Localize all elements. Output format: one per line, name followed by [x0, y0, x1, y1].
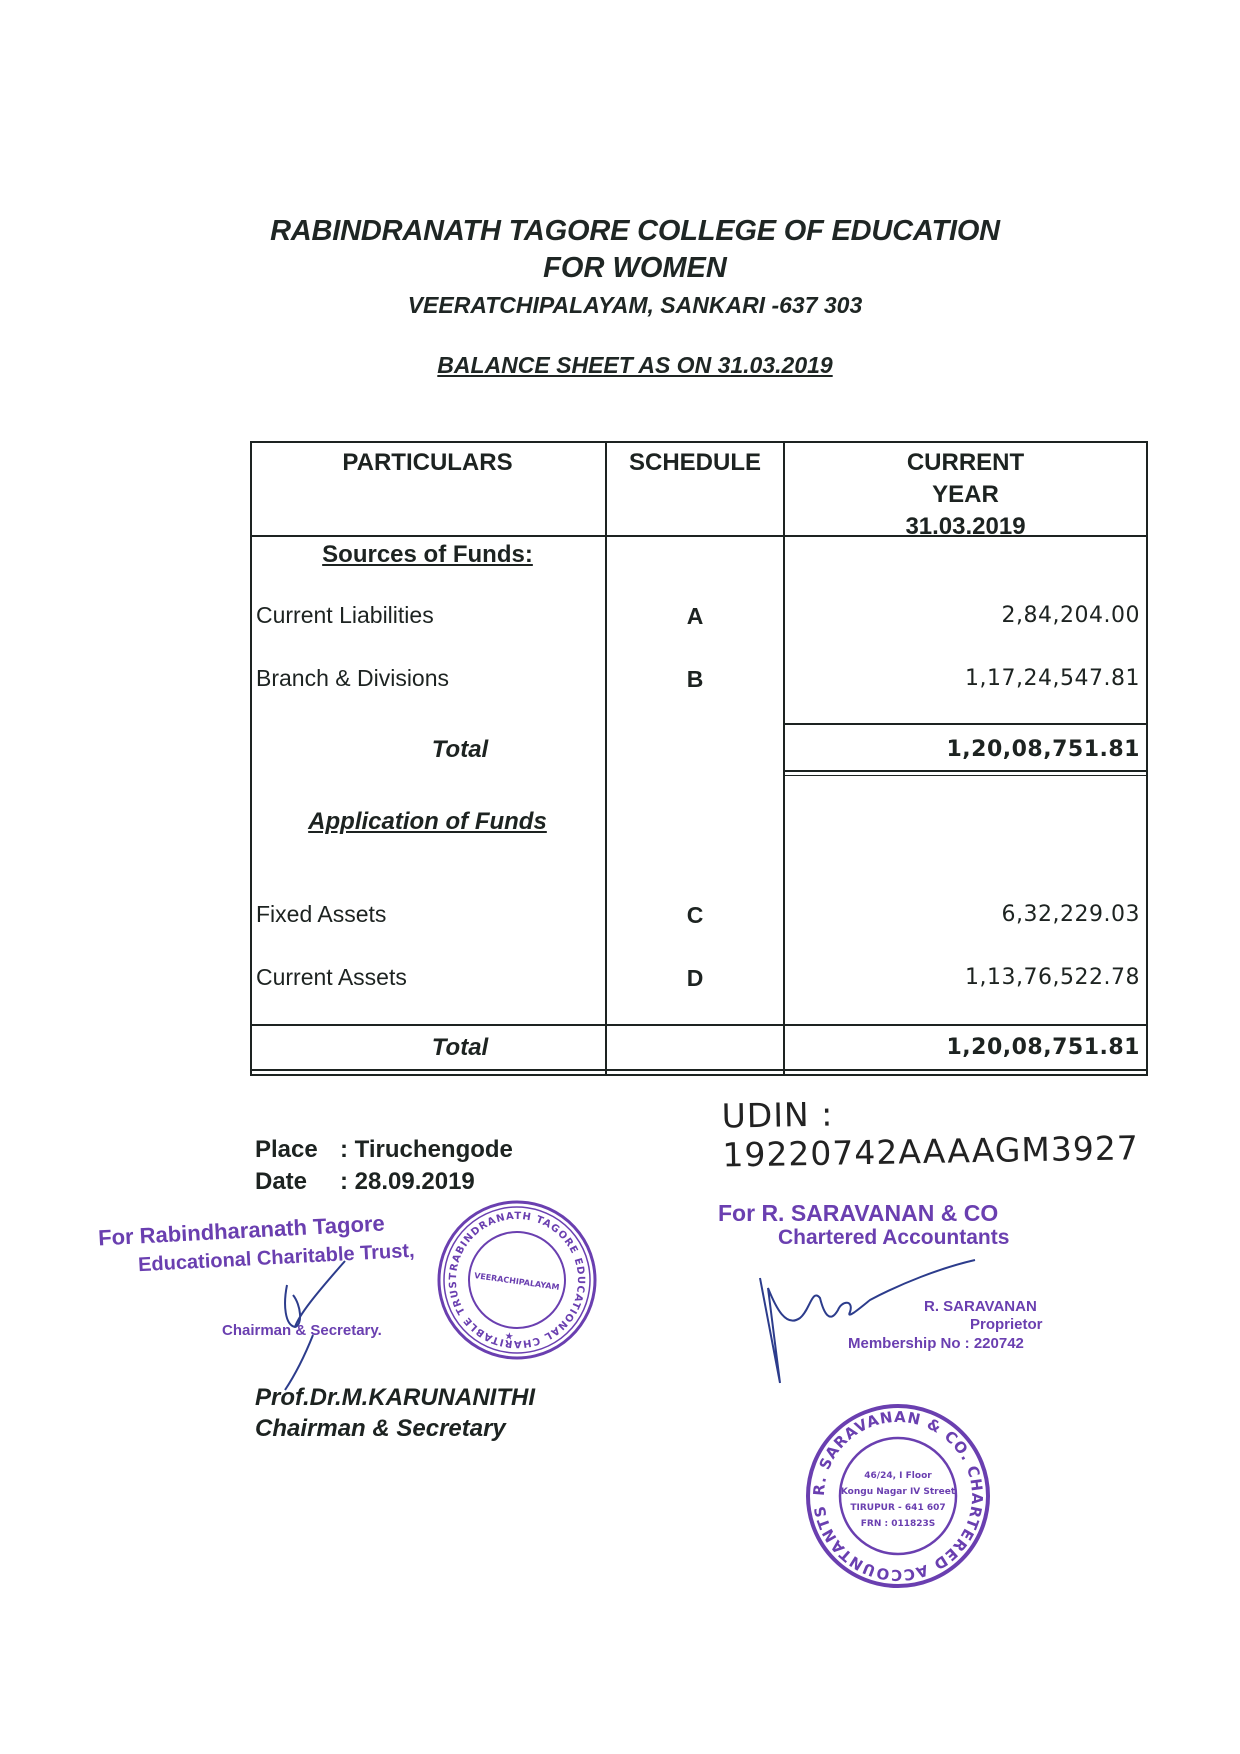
auditor-seal-icon: R. SARAVANAN & CO. CHARTERED ACCOUNTANTS…: [802, 1400, 994, 1592]
application-of-funds-heading: Application of Funds: [250, 808, 605, 836]
auditor-membership-no: Membership No : 220742: [848, 1335, 1024, 1352]
place-label: Place: [255, 1136, 318, 1164]
row-amount: 1,13,76,522.78: [785, 965, 1140, 990]
auditor-firm-name: For R. SARAVANAN & CO: [718, 1200, 998, 1227]
auditor-role: Proprietor: [970, 1316, 1043, 1333]
auditor-firm-type: Chartered Accountants: [778, 1226, 1009, 1250]
column-header-current-l2: YEAR: [785, 479, 1146, 511]
column-header-particulars: PARTICULARS: [250, 447, 605, 479]
application-total-amount: 1,20,08,751.81: [785, 1035, 1140, 1060]
document-title: BALANCE SHEET AS ON 31.03.2019: [0, 352, 1240, 379]
row-particular: Branch & Divisions: [256, 665, 449, 692]
column-header-current-l3: 31.03.2019: [785, 511, 1146, 543]
svg-text:Kongu Nagar IV Street: Kongu Nagar IV Street: [841, 1487, 956, 1497]
place-value: : Tiruchengode: [340, 1136, 513, 1164]
column-header-current-year: CURRENT YEAR 31.03.2019: [785, 447, 1146, 543]
balance-sheet-table: PARTICULARS SCHEDULE CURRENT YEAR 31.03.…: [250, 441, 1148, 1077]
institution-name: RABINDRANATH TAGORE COLLEGE OF EDUCATION: [0, 215, 1240, 248]
svg-text:TIRUPUR - 641 607: TIRUPUR - 641 607: [850, 1503, 945, 1513]
institution-name-line2: FOR WOMEN: [0, 252, 1240, 285]
column-header-schedule: SCHEDULE: [607, 447, 783, 479]
row-particular: Fixed Assets: [256, 901, 386, 928]
signatory-title: Chairman & Secretary: [255, 1415, 506, 1443]
row-amount: 1,17,24,547.81: [785, 666, 1140, 691]
chairman-signature-icon: [255, 1255, 385, 1395]
auditor-name: R. SARAVANAN: [924, 1298, 1037, 1315]
trust-seal-icon: RABINDRANATH TAGORE EDUCATIONAL CHARITAB…: [424, 1187, 609, 1372]
auditor-signature-icon: [750, 1248, 980, 1398]
row-schedule: A: [607, 603, 783, 630]
sources-total-label: Total: [250, 736, 670, 764]
svg-text:★: ★: [504, 1331, 514, 1343]
sources-of-funds-heading: Sources of Funds:: [250, 541, 605, 569]
row-schedule: D: [607, 965, 783, 992]
svg-text:46/24, I Floor: 46/24, I Floor: [864, 1471, 932, 1481]
udin-handwritten: UDIN : 19220742AAAAGM3927: [721, 1087, 1240, 1174]
row-amount: 6,32,229.03: [785, 902, 1140, 927]
application-total-label: Total: [250, 1034, 670, 1062]
sources-total-amount: 1,20,08,751.81: [785, 737, 1140, 762]
row-schedule: C: [607, 902, 783, 929]
date-label: Date: [255, 1168, 307, 1196]
row-amount: 2,84,204.00: [785, 603, 1140, 628]
trust-seal: RABINDRANATH TAGORE EDUCATIONAL CHARITAB…: [424, 1187, 609, 1372]
svg-text:FRN : 011823S: FRN : 011823S: [861, 1519, 936, 1529]
column-header-current-l1: CURRENT: [785, 447, 1146, 479]
row-schedule: B: [607, 666, 783, 693]
auditor-seal: R. SARAVANAN & CO. CHARTERED ACCOUNTANTS…: [802, 1400, 994, 1592]
institution-address: VEERATCHIPALAYAM, SANKARI -637 303: [0, 292, 1240, 319]
row-particular: Current Assets: [256, 964, 407, 991]
trust-seal-inner-text: VEERACHIPALAYAM: [474, 1271, 560, 1292]
signatory-name: Prof.Dr.M.KARUNANITHI: [255, 1384, 535, 1412]
row-particular: Current Liabilities: [256, 602, 434, 629]
